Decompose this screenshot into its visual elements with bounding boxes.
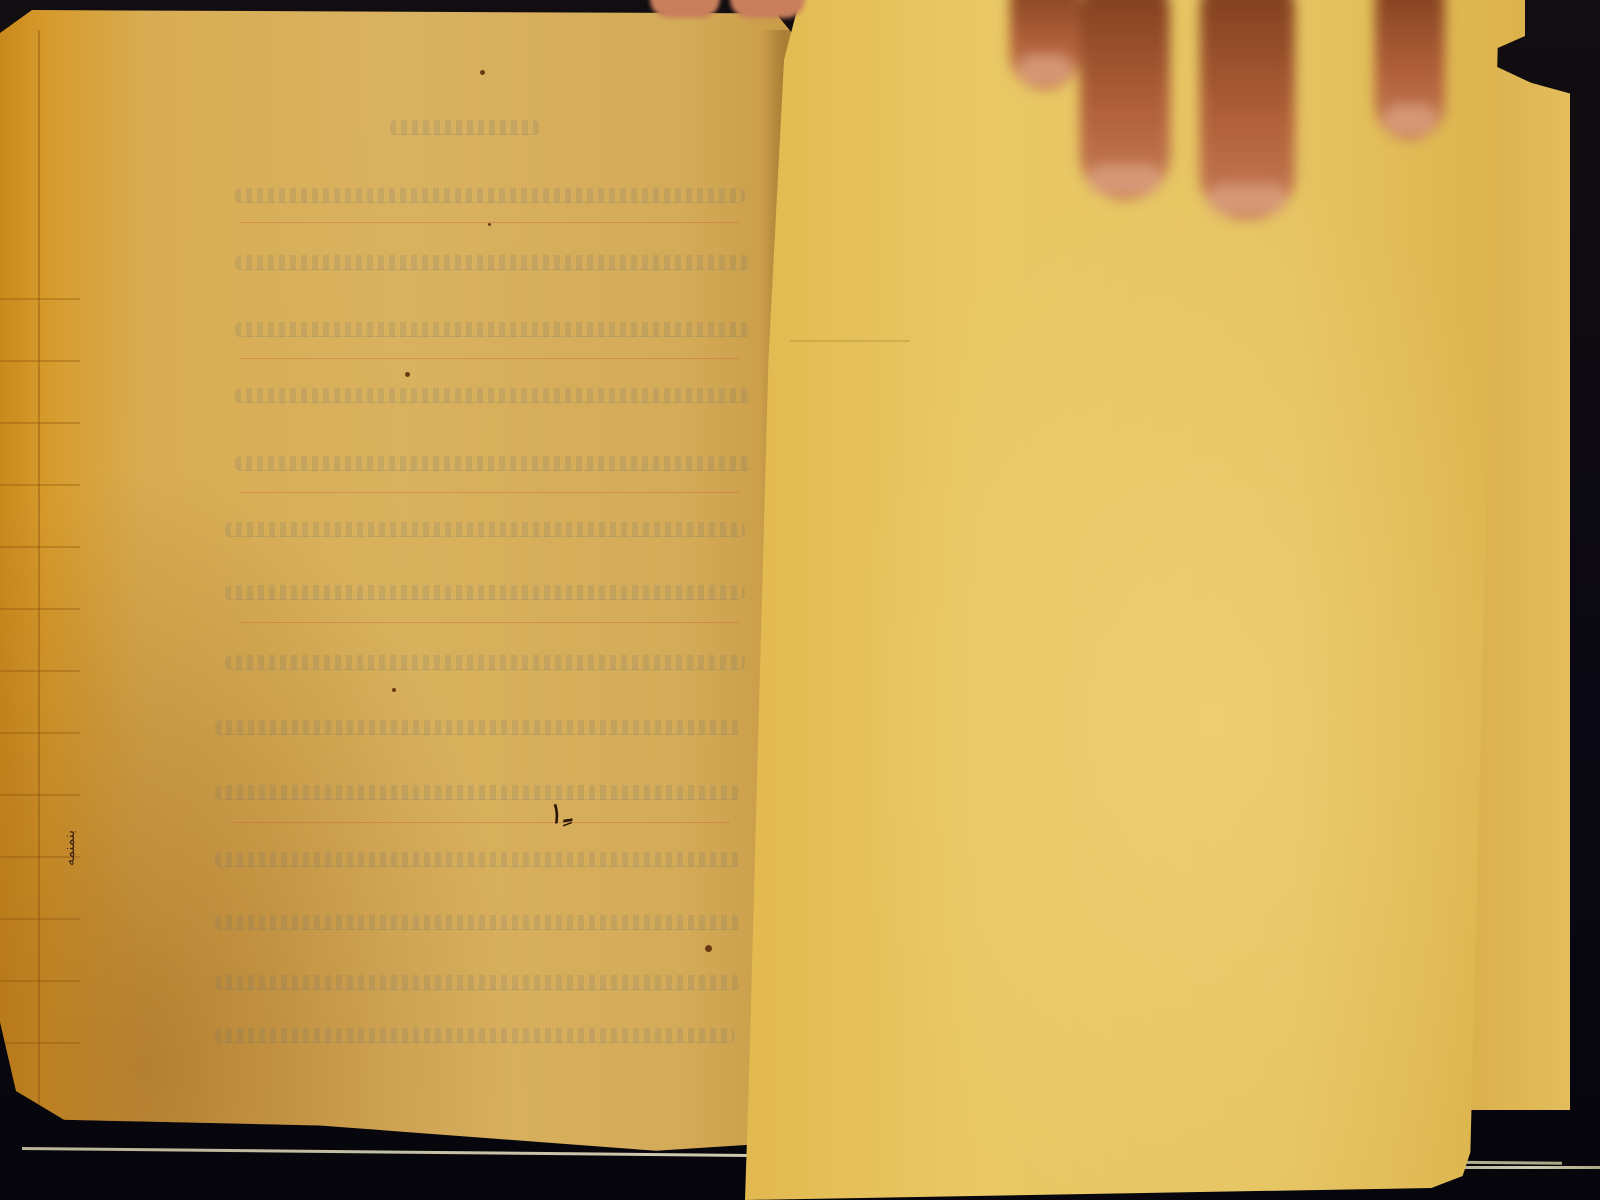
fingertips-top — [640, 0, 810, 20]
foxing-spot — [705, 945, 712, 952]
ruling-line — [240, 358, 740, 359]
text-line — [215, 975, 740, 990]
finger — [1010, 0, 1080, 90]
text-line — [225, 522, 745, 537]
foxing-spot — [392, 688, 396, 692]
ink-annotation: ـِ١ — [544, 794, 574, 832]
text-line — [215, 720, 740, 735]
text-line — [215, 785, 740, 800]
text-line — [225, 655, 745, 670]
text-line — [235, 456, 750, 471]
ruling-line — [240, 622, 740, 623]
frayed-binding-edge — [0, 270, 80, 1070]
text-line — [225, 585, 745, 600]
foxing-spot — [480, 70, 485, 75]
hand — [1000, 0, 1460, 230]
text-line — [215, 852, 740, 867]
text-line — [215, 915, 740, 930]
text-line — [215, 1028, 735, 1043]
text-line — [235, 188, 745, 203]
foxing-spot — [488, 223, 491, 226]
ruling-line — [230, 822, 730, 823]
text-line — [235, 255, 750, 270]
finger — [1200, 0, 1295, 220]
ruling-line — [240, 492, 740, 493]
page-crease — [790, 340, 910, 342]
left-manuscript-page: ـِ١ بنمنمه — [0, 10, 800, 1160]
text-line — [235, 388, 750, 403]
text-line — [390, 120, 540, 135]
finger — [1080, 0, 1170, 200]
foxing-spot — [405, 372, 410, 377]
margin-note: بنمنمه — [62, 830, 78, 866]
text-line — [235, 322, 750, 337]
mat-edge-line-right — [1460, 1166, 1600, 1169]
finger — [1375, 0, 1445, 140]
